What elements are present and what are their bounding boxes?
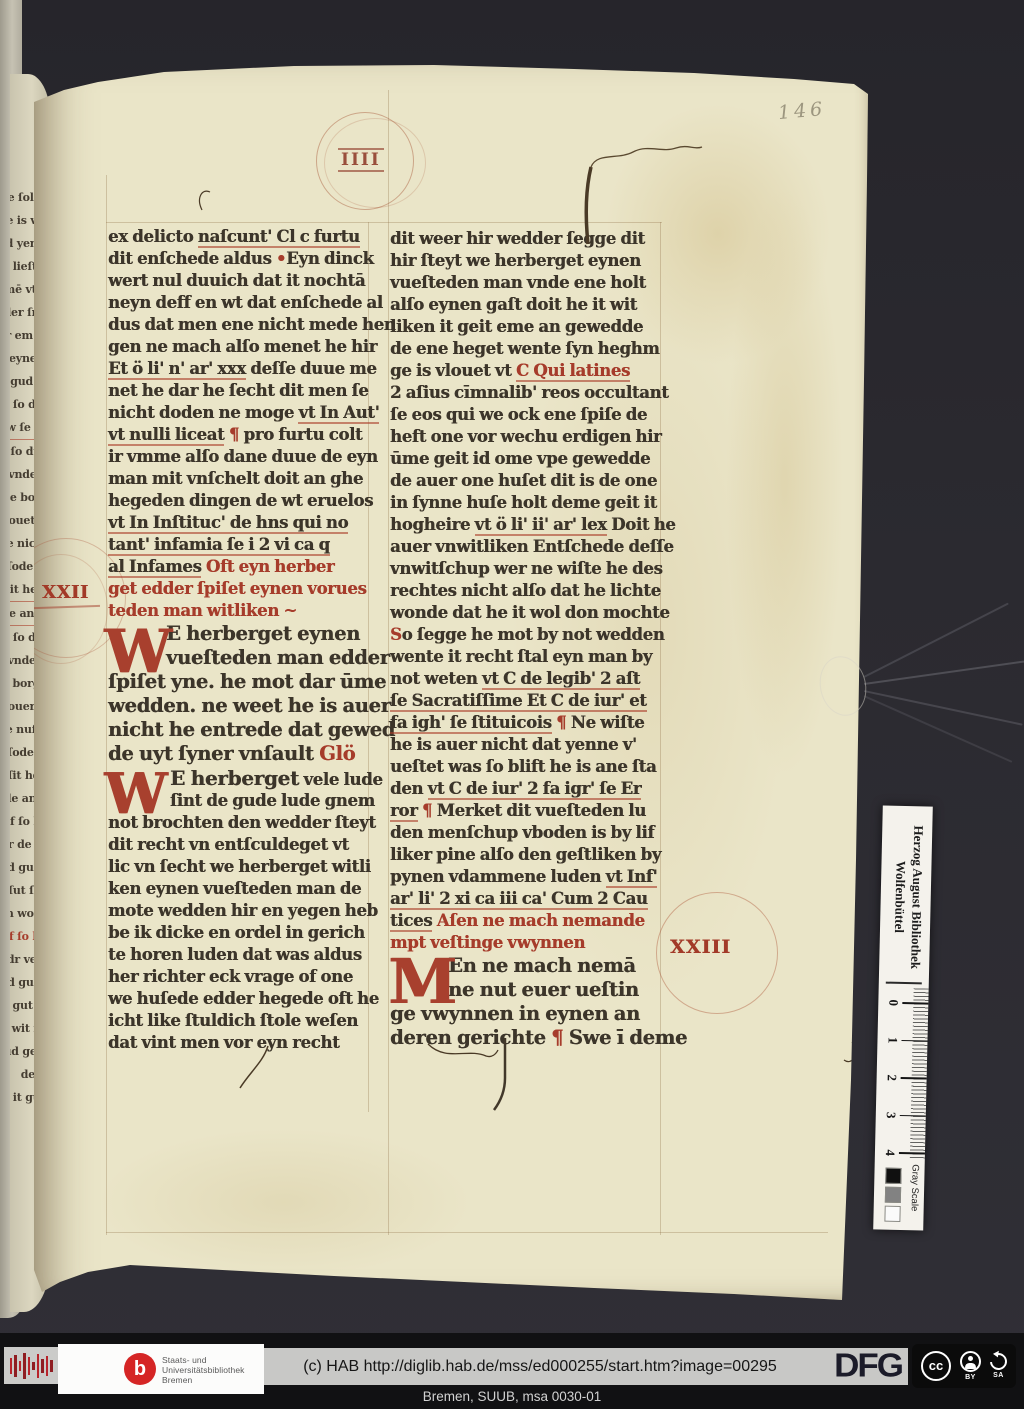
- footer-bar: (c) HAB http://diglib.hab.de/mss/ed00025…: [264, 1348, 908, 1385]
- bremen-line1: Staats- und: [162, 1355, 245, 1365]
- manuscript-photo: ne ſoldede is vmd yemeen lieſt dſmē vt h…: [0, 0, 1024, 1409]
- initial-w1: W: [104, 624, 171, 680]
- ruler-library-label: Herzog August Bibliothek Wolfenbüttel: [890, 814, 928, 981]
- initial-m: M: [388, 954, 456, 1010]
- ruling-line-vertical: [106, 175, 107, 1235]
- ruler-strip: Herzog August Bibliothek Wolfenbüttel 01…: [873, 805, 933, 1230]
- ruler-library-line1: Herzog August Bibliothek: [907, 814, 928, 980]
- cc-license-badge: cc BY SA: [912, 1344, 1016, 1388]
- copyright-text: (c) HAB http://diglib.hab.de/mss/ed00025…: [264, 1348, 816, 1385]
- parchment-page: 146 IIII XXII XXIII W W ex delicto naſcu…: [34, 60, 868, 1302]
- right-text-column: M dit weer hir wedder ſegge dithir ſteyt…: [390, 228, 666, 1050]
- chapter-number-xxiii: XXIII: [670, 936, 731, 958]
- ruler-divider: [886, 982, 922, 985]
- initial-w2: W: [104, 766, 167, 822]
- grayscale-swatches: [884, 1168, 901, 1222]
- ruler-millimeter-ticks: [910, 988, 929, 1160]
- dfg-logo: DFG: [834, 1347, 902, 1385]
- color-bars-logo: [4, 1347, 58, 1384]
- cc-sa-block: SA: [990, 1353, 1007, 1379]
- bremen-line3: Bremen: [162, 1375, 245, 1385]
- bremen-library-logo: b Staats- und Universitätsbibliothek Bre…: [58, 1344, 264, 1394]
- cc-icon: cc: [921, 1351, 951, 1381]
- chapter-number-xxii: XXII: [42, 582, 89, 603]
- bremen-library-name: Staats- und Universitätsbibliothek Breme…: [162, 1355, 245, 1385]
- sa-label: SA: [993, 1372, 1004, 1379]
- grayscale-swatch-gray: [885, 1187, 901, 1203]
- grayscale-label: Gray Scale: [908, 1164, 920, 1226]
- bremen-line2: Universitätsbibliothek: [162, 1365, 245, 1375]
- by-label: BY: [965, 1374, 976, 1381]
- ruling-line-horizontal: [106, 222, 662, 223]
- ruling-line-horizontal: [106, 1232, 828, 1233]
- quire-numeral: IIII: [338, 148, 384, 172]
- left-text-column: W W ex delicto naſcunt' Cl c furtudit en…: [108, 226, 376, 1054]
- cc-by-block: BY: [960, 1351, 981, 1381]
- b-logo-icon: b: [124, 1353, 156, 1385]
- sa-arrow-icon: [987, 1350, 1011, 1374]
- grayscale-swatch-black: [885, 1168, 901, 1184]
- caption-text: Bremen, SUUB, msa 0030-01: [0, 1389, 1024, 1404]
- by-person-icon: [960, 1351, 981, 1372]
- grayscale-swatch-white: [884, 1206, 900, 1222]
- folio-number: 146: [777, 98, 827, 124]
